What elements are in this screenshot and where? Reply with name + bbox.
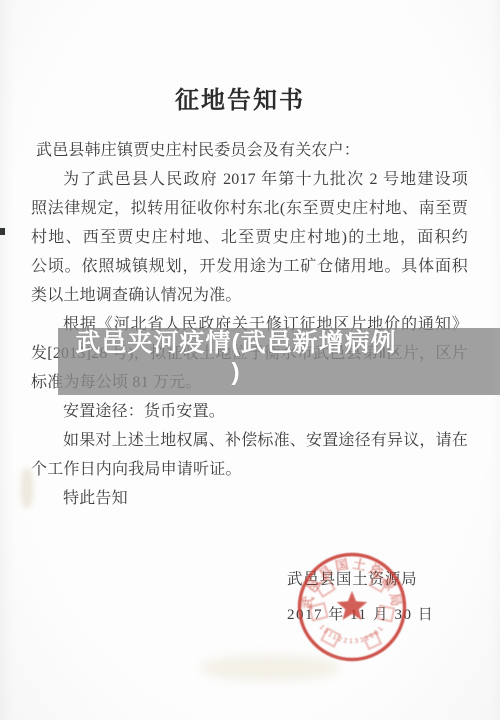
body-line: 如果对上述土地权属、补偿标准、安置途径有异议，请在 5 — [31, 426, 468, 455]
body-line: 安置途径：货币安置。 — [31, 397, 468, 426]
document-body: 武邑县韩庄镇贾史庄村民委员会及有关农户： 为了武邑县人民政府 2017 年第十九… — [31, 136, 468, 513]
watermark-line-1: 武邑夹河疫情(武邑新增病例 — [0, 329, 472, 358]
salutation-line: 武邑县韩庄镇贾史庄村民委员会及有关农户： — [31, 136, 468, 165]
photo-artifact-smudge — [21, 468, 33, 508]
page-title: 征地告知书 — [0, 80, 480, 115]
seal-star-icon — [337, 591, 367, 620]
document-photo: 征地告知书 武邑县韩庄镇贾史庄村民委员会及有关农户： 为了武邑县人民政府 201… — [0, 0, 500, 720]
photo-artifact-dark-chip — [0, 228, 5, 235]
watermark-line-2: ) — [0, 358, 472, 387]
body-line: 村地、西至贾史庄村地、北至贾史庄村地)的土地，面积约 3.0026 — [31, 223, 468, 252]
closing-line: 特此告知 — [31, 484, 468, 513]
photo-artifact-smudge — [200, 655, 340, 681]
body-line: 个工作日内向我局申请听证。 — [31, 455, 468, 484]
body-line: 类以土地调查确认情况为准。 — [31, 281, 468, 310]
body-line: 为了武邑县人民政府 2017 年第十九批次 2 号地建设项目，依 — [31, 165, 468, 194]
watermark-text: 武邑夹河疫情(武邑新增病例 ) — [0, 329, 472, 387]
body-line: 照法律规定，拟转用征收你村东北(东至贾史庄村地、南至贾史庄 — [31, 194, 468, 223]
official-seal-stamp: 武邑县国土资源局 1311221311081 — [294, 549, 410, 665]
body-line: 公顷。依照城镇规划，开发用途为工矿仓储用地。具体面积和地 — [31, 252, 468, 281]
